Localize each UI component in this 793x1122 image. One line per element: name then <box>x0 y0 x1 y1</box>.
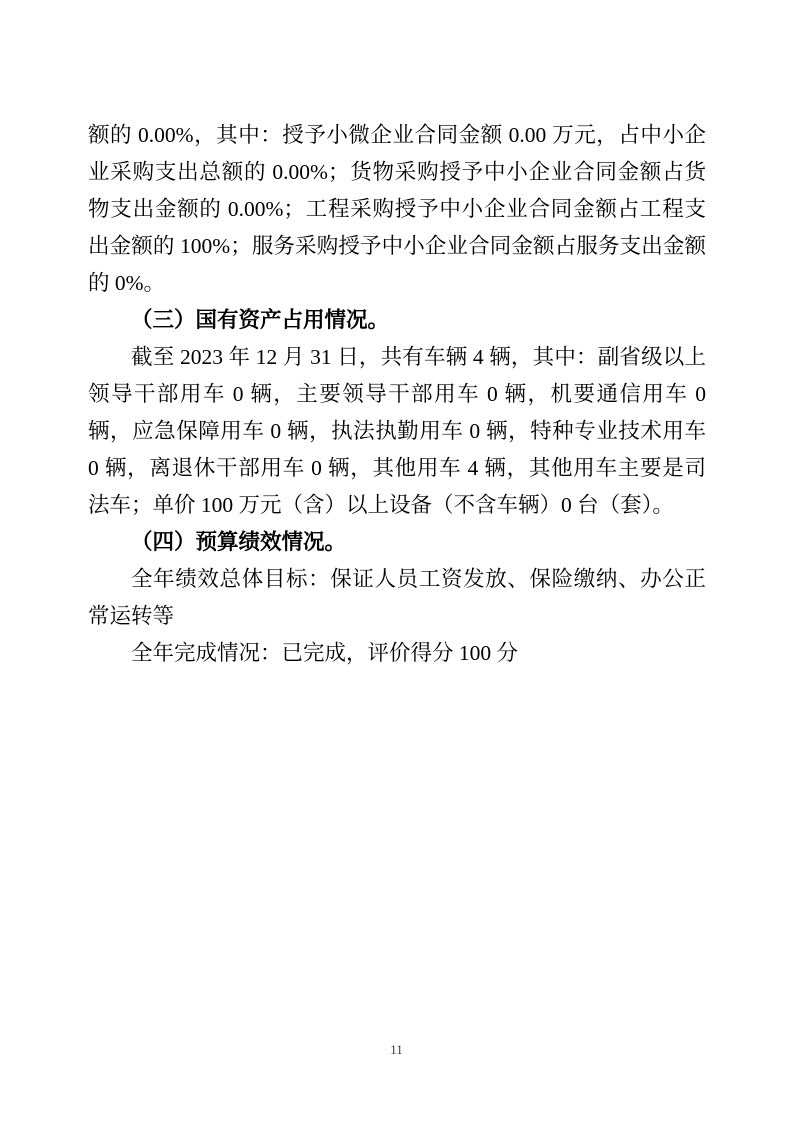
paragraph-completion-status: 全年完成情况：已完成，评价得分 100 分 <box>88 635 706 672</box>
document-page: 额的 0.00%，其中：授予小微企业合同金额 0.00 万元，占中小企业采购支出… <box>0 0 793 1122</box>
page-number: 11 <box>0 1043 793 1056</box>
heading-budget-performance: （四）预算绩效情况。 <box>88 524 706 561</box>
paragraph-vehicles-equipment: 截至 2023 年 12 月 31 日，共有车辆 4 辆，其中：副省级以上领导干… <box>88 339 706 524</box>
heading-state-assets-usage: （三）国有资产占用情况。 <box>88 302 706 339</box>
document-body: 额的 0.00%，其中：授予小微企业合同金额 0.00 万元，占中小企业采购支出… <box>88 117 706 672</box>
paragraph-sme-procurement: 额的 0.00%，其中：授予小微企业合同金额 0.00 万元，占中小企业采购支出… <box>88 117 706 302</box>
paragraph-performance-goal: 全年绩效总体目标：保证人员工资发放、保险缴纳、办公正常运转等 <box>88 561 706 635</box>
